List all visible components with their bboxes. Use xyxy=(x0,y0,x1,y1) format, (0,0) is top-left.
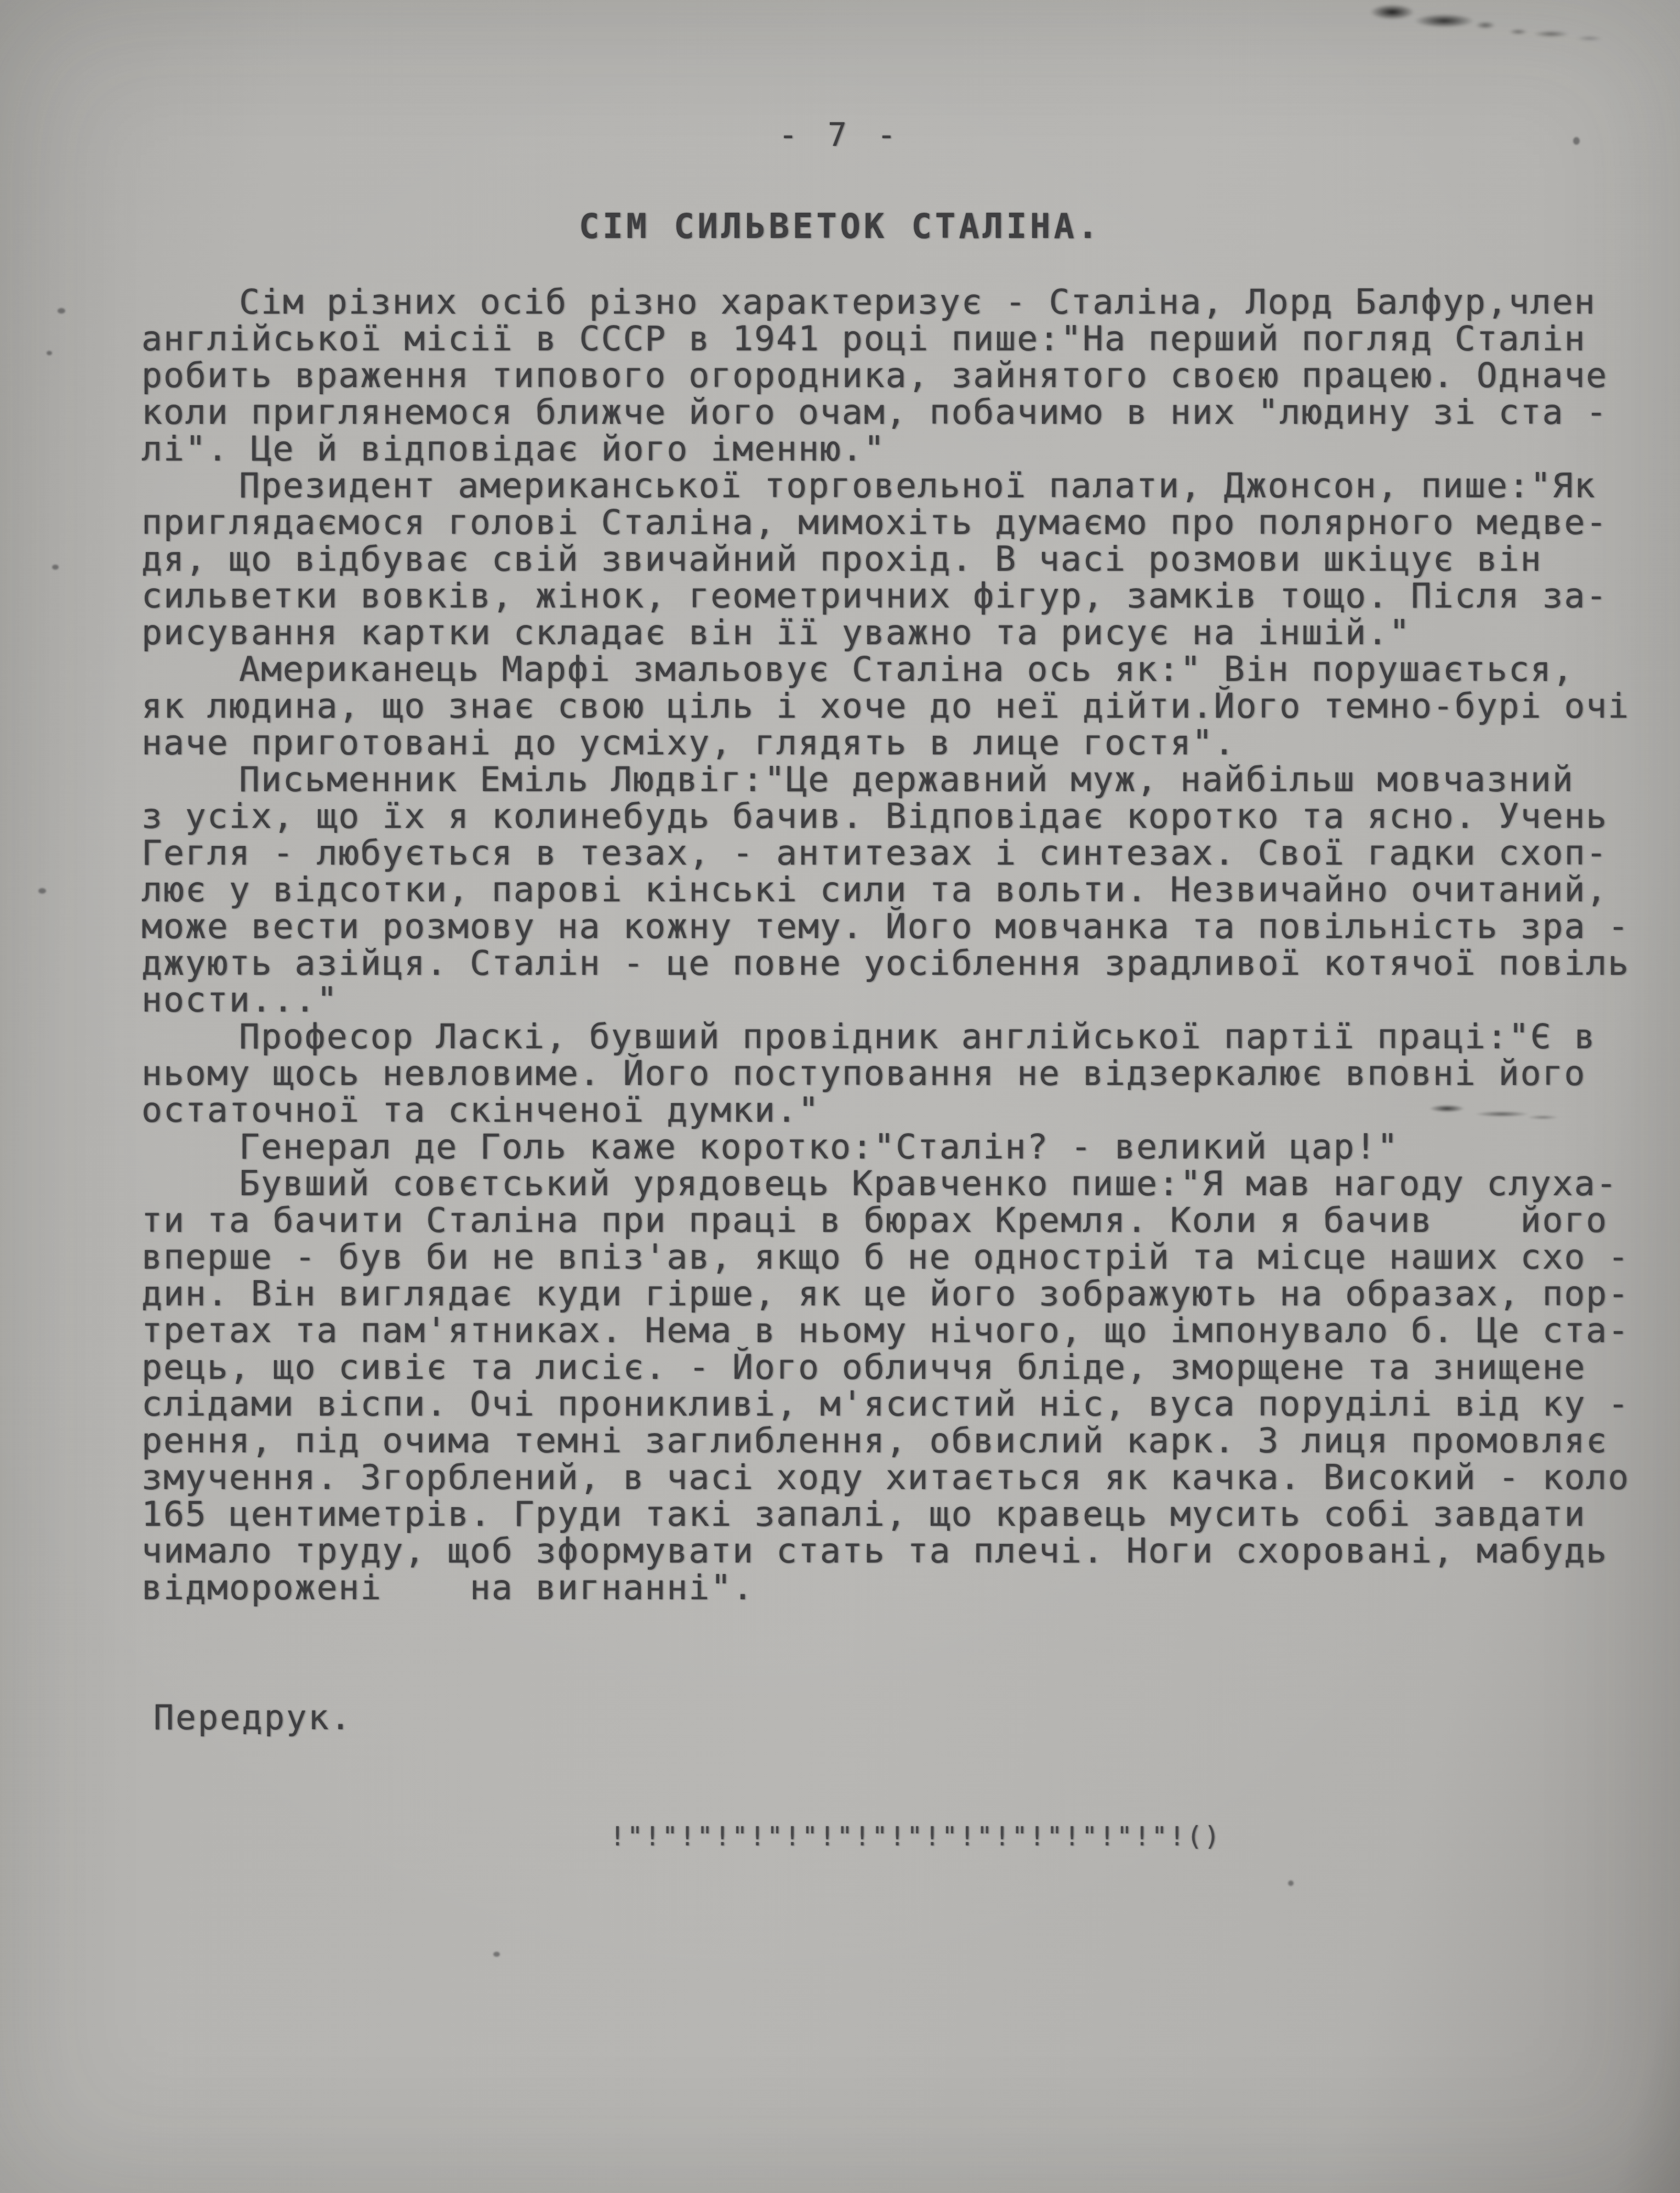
paper-speck xyxy=(58,308,65,314)
text-line: вперше - був би не впіз'ав, якщо б не од… xyxy=(141,1240,1654,1277)
paragraph: Бувший совєтський урядовець Кравченко пи… xyxy=(141,1167,1654,1607)
text-line: з усіх, що їх я колинебудь бачив. Відпов… xyxy=(141,799,1654,836)
text-line: чимало труду, щоб зформувати стать та пл… xyxy=(141,1534,1654,1571)
text-line: як людина, що знає свою ціль і хоче до н… xyxy=(141,689,1654,726)
text-line: змучення. Згорблений, в часі ходу хитаєт… xyxy=(141,1461,1654,1497)
text-line: лі". Це й відповідає його іменню." xyxy=(141,432,1654,469)
paragraph: Генерал де Голь каже коротко:"Сталін? - … xyxy=(141,1130,1654,1167)
document-body: Сім різних осіб різно характеризує - Ста… xyxy=(141,285,1654,1607)
typed-divider-line: !"!"!"!"!"!"!"!"!"!"!"!"!"!"!"!"!() xyxy=(610,1821,1221,1852)
text-line: коли приглянемося ближче його очам, поба… xyxy=(141,395,1654,432)
page-number: - 7 - xyxy=(0,116,1680,154)
text-line: Генерал де Голь каже коротко:"Сталін? - … xyxy=(141,1130,1654,1167)
text-line: джують азійця. Сталін - це повне уосібле… xyxy=(141,946,1654,983)
text-line: третах та пам'ятниках. Нема в ньому нічо… xyxy=(141,1314,1654,1350)
text-line: приглядаємося голові Сталіна, мимохіть д… xyxy=(141,505,1654,542)
text-line: Бувший совєтський урядовець Кравченко пи… xyxy=(141,1167,1654,1203)
text-line: остаточної та скінченої думки." xyxy=(141,1093,1654,1130)
paper-speck xyxy=(52,565,59,570)
text-line: сильветки вовків, жінок, геометричних фі… xyxy=(141,579,1654,616)
paragraph: Президент американської торговельної пал… xyxy=(141,469,1654,652)
text-line: Сім різних осіб різно характеризує - Ста… xyxy=(141,285,1654,322)
text-line: рення, під очима темні заглиблення, обви… xyxy=(141,1424,1654,1461)
document-title: СІМ СИЛЬВЕТОК СТАЛІНА. xyxy=(0,206,1680,246)
text-line: Письменник Еміль Людвіг:"Це державний му… xyxy=(141,763,1654,799)
paper-speck xyxy=(493,1952,500,1957)
text-line: Професор Ласкі, бувший провідник англійс… xyxy=(141,1020,1654,1056)
text-line: відморожені на вигнанні". xyxy=(141,1571,1654,1607)
ink-smudge-top-right xyxy=(1354,0,1611,44)
paragraph: Сім різних осіб різно характеризує - Ста… xyxy=(141,285,1654,469)
text-line: дя, що відбуває свій звичайний прохід. В… xyxy=(141,542,1654,579)
text-line: може вести розмову на кожну тему. Його м… xyxy=(141,910,1654,946)
paragraph: Письменник Еміль Людвіг:"Це державний му… xyxy=(141,763,1654,1020)
paragraph: Професор Ласкі, бувший провідник англійс… xyxy=(141,1020,1654,1130)
text-line: Американець Марфі змальовує Сталіна ось … xyxy=(141,652,1654,689)
scanned-document-page: - 7 - СІМ СИЛЬВЕТОК СТАЛІНА. Сім різних … xyxy=(0,0,1680,2193)
paragraph: Американець Марфі змальовує Сталіна ось … xyxy=(141,652,1654,763)
text-line: ности..." xyxy=(141,983,1654,1020)
text-line: дин. Він виглядає куди гірше, як це його… xyxy=(141,1277,1654,1314)
paper-speck xyxy=(38,888,46,894)
text-line: ти та бачити Сталіна при праці в бюрах К… xyxy=(141,1203,1654,1240)
text-line: Президент американської торговельної пал… xyxy=(141,469,1654,505)
text-line: слідами віспи. Очі проникливі, м'ясистий… xyxy=(141,1387,1654,1424)
text-line: лює у відсотки, парові кінські сили та в… xyxy=(141,873,1654,910)
text-line: робить враження типового огородника, зай… xyxy=(141,359,1654,395)
text-line: рець, що сивіє та лисіє. - Його обличчя … xyxy=(141,1350,1654,1387)
text-line: 165 центиметрів. Груди такі запалі, що к… xyxy=(141,1497,1654,1534)
text-line: наче приготовані до усміху, глядять в ли… xyxy=(141,726,1654,763)
text-line: рисування картки складає він її уважно т… xyxy=(141,616,1654,652)
reprint-note: Передрук. xyxy=(153,1697,352,1737)
paper-speck xyxy=(47,351,52,355)
paper-speck xyxy=(1288,1880,1294,1886)
text-line: англійської місії в СССР в 1941 році пиш… xyxy=(141,322,1654,359)
text-line: ньому щось невловиме. Його поступовання … xyxy=(141,1056,1654,1093)
text-line: Гегля - любується в тезах, - антитезах і… xyxy=(141,836,1654,873)
